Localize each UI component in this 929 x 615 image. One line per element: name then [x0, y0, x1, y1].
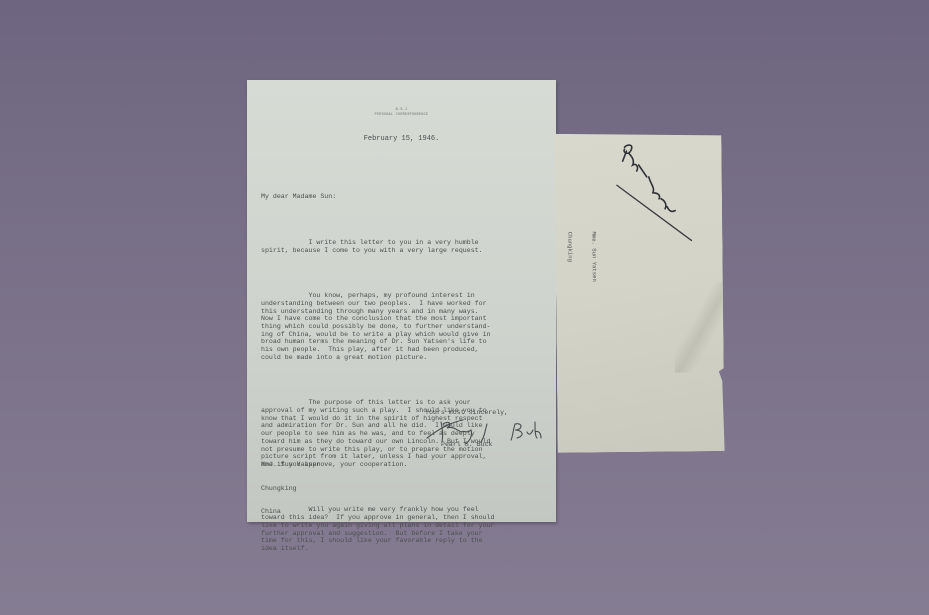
envelope-address-line: Mme. Sun Yatsen [589, 231, 598, 291]
paragraph-1: I write this letter to you in a very hum… [261, 239, 543, 254]
paragraph-2: You know, perhaps, my profound interest … [261, 292, 543, 361]
envelope: Mme. Sun Yatsen Chungking China. [554, 132, 724, 453]
typed-letter: B.S.J PERSONAL CORRESPONDENCE February 1… [247, 80, 556, 522]
letterhead-subtitle: PERSONAL CORRESPONDENCE [247, 113, 556, 117]
letter-date: February 15, 1946. [247, 136, 556, 144]
recipient-address: Mme. Sun Yatsen Chungking China [261, 446, 320, 531]
envelope-address-line: Chungking [565, 232, 574, 292]
address-line: Chungking [261, 485, 320, 493]
salutation: My dear Madame Sun: [261, 193, 543, 201]
typed-signature-name: Pearl S. Buck [441, 441, 492, 449]
address-line: Mme. Sun Yatsen [261, 461, 320, 469]
letterhead-initials: B.S.J [247, 108, 556, 112]
address-line: China [261, 508, 320, 516]
envelope-tear [674, 282, 724, 373]
